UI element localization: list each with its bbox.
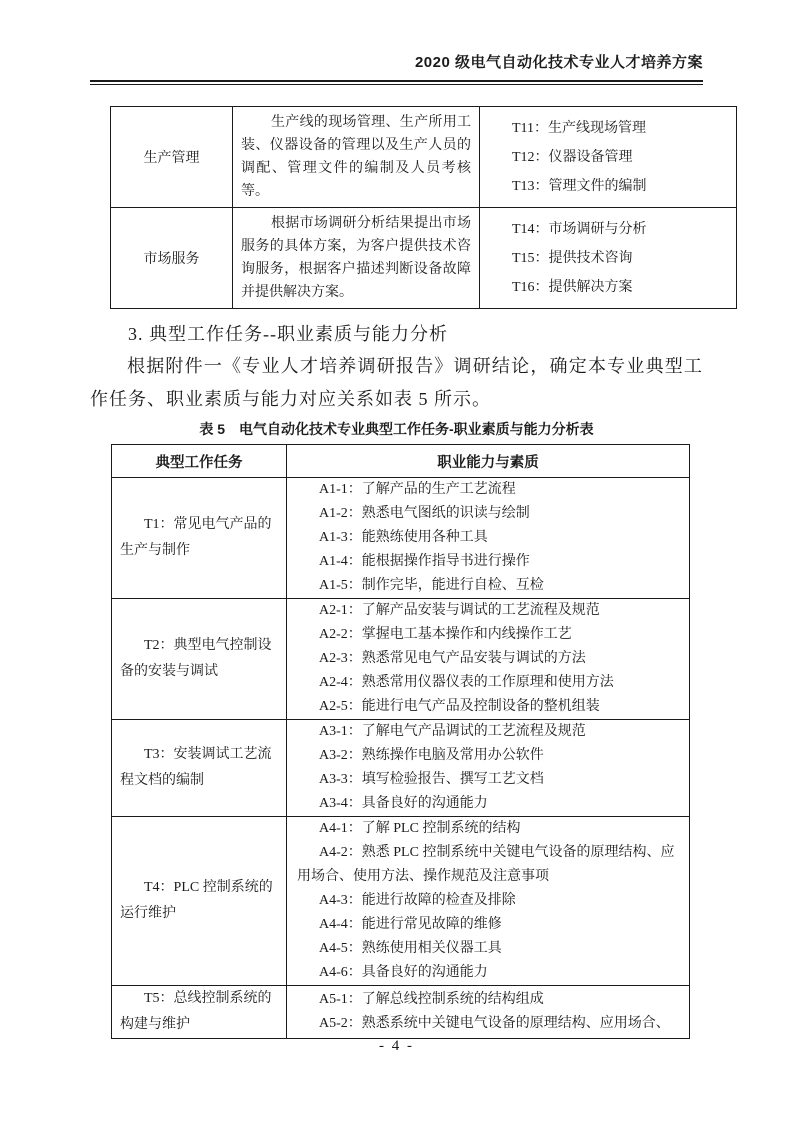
table5-caption: 表 5 电气自动化技术专业典型工作任务-职业素质与能力分析表 — [90, 419, 703, 439]
column-header-ability: 职业能力与素质 — [287, 445, 690, 478]
column-header-task: 典型工作任务 — [112, 445, 287, 478]
table-row: T5：总线控制系统的构建与维护 A5-1：了解总线控制系统的结构组成 A5-2：… — [112, 986, 690, 1039]
category-cell: 生产管理 — [111, 107, 233, 208]
ability-item: A1-3：能熟练使用各种工具 — [297, 526, 681, 550]
header-double-rule — [90, 80, 703, 85]
ability-item: A2-2：掌握电工基本操作和内线操作工艺 — [297, 623, 681, 647]
task-cell: T4：PLC 控制系统的运行维护 — [112, 817, 287, 986]
section-heading: 3. 典型工作任务--职业素质与能力分析 — [90, 318, 703, 350]
task-cell: T2：典型电气控制设备的安装与调试 — [112, 599, 287, 720]
task-code: T15：提供技术咨询 — [512, 244, 735, 273]
ability-item: A4-2：熟悉 PLC 控制系统中关键电气设备的原理结构、应用场合、使用方法、操… — [297, 841, 681, 889]
task-code: T12：仪器设备管理 — [512, 143, 735, 172]
table5-header-row: 典型工作任务 职业能力与素质 — [112, 445, 690, 478]
ability-item: A3-2：熟练操作电脑及常用办公软件 — [297, 744, 681, 768]
table-row: T3：安装调试工艺流程文档的编制 A3-1：了解电气产品调试的工艺流程及规范 A… — [112, 720, 690, 817]
task-cell: T1：常见电气产品的生产与制作 — [112, 478, 287, 599]
category-cell: 市场服务 — [111, 208, 233, 309]
ability-item: A2-1：了解产品安装与调试的工艺流程及规范 — [297, 599, 681, 623]
ability-item: A1-1：了解产品的生产工艺流程 — [297, 478, 681, 502]
task-codes-cell: T11：生产线现场管理 T12：仪器设备管理 T13：管理文件的编制 — [480, 107, 737, 208]
task-code: T13：管理文件的编制 — [512, 172, 735, 201]
ability-item: A1-4：能根据操作指导书进行操作 — [297, 550, 681, 574]
task-codes-cell: T14：市场调研与分析 T15：提供技术咨询 T16：提供解决方案 — [480, 208, 737, 309]
page-content: 2020 级电气自动化技术专业人才培养方案 生产管理 生产线的现场管理、生产所用… — [90, 0, 703, 1039]
ability-item: A5-1：了解总线控制系统的结构组成 — [297, 988, 681, 1012]
ability-item: A3-1：了解电气产品调试的工艺流程及规范 — [297, 720, 681, 744]
abilities-cell: A4-1：了解 PLC 控制系统的结构 A4-2：熟悉 PLC 控制系统中关键电… — [287, 817, 690, 986]
section-paragraph: 根据附件一《专业人才培养调研报告》调研结论，确定本专业典型工作任务、职业素质与能… — [90, 350, 703, 416]
page-number: - 4 - — [0, 1038, 793, 1055]
ability-item: A5-2：熟悉系统中关键电气设备的原理结构、应用场合、 — [297, 1012, 681, 1036]
description-cell: 根据市场调研分析结果提出市场服务的具体方案，为客户提供技术咨询服务，根据客户描述… — [233, 208, 480, 309]
abilities-cell: A3-1：了解电气产品调试的工艺流程及规范 A3-2：熟练操作电脑及常用办公软件… — [287, 720, 690, 817]
task-cell: T5：总线控制系统的构建与维护 — [112, 986, 287, 1039]
ability-item: A1-2：熟悉电气图纸的识读与绘制 — [297, 502, 681, 526]
table-row: 市场服务 根据市场调研分析结果提出市场服务的具体方案，为客户提供技术咨询服务，根… — [111, 208, 737, 309]
table-row: 生产管理 生产线的现场管理、生产所用工装、仪器设备的管理以及生产人员的调配、管理… — [111, 107, 737, 208]
task-code: T14：市场调研与分析 — [512, 215, 735, 244]
ability-item: A3-4：具备良好的沟通能力 — [297, 792, 681, 816]
task-code: T11：生产线现场管理 — [512, 114, 735, 143]
ability-item: A2-4：熟悉常用仪器仪表的工作原理和使用方法 — [297, 671, 681, 695]
task-code: T16：提供解决方案 — [512, 273, 735, 302]
abilities-cell: A1-1：了解产品的生产工艺流程 A1-2：熟悉电气图纸的识读与绘制 A1-3：… — [287, 478, 690, 599]
ability-item: A4-5：熟练使用相关仪器工具 — [297, 937, 681, 961]
page-header-title: 2020 级电气自动化技术专业人才培养方案 — [90, 0, 703, 73]
continued-task-table: 生产管理 生产线的现场管理、生产所用工装、仪器设备的管理以及生产人员的调配、管理… — [110, 106, 737, 309]
description-cell: 生产线的现场管理、生产所用工装、仪器设备的管理以及生产人员的调配、管理文件的编制… — [233, 107, 480, 208]
table5-task-ability-table: 典型工作任务 职业能力与素质 T1：常见电气产品的生产与制作 A1-1：了解产品… — [111, 444, 690, 1039]
table-row: T1：常见电气产品的生产与制作 A1-1：了解产品的生产工艺流程 A1-2：熟悉… — [112, 478, 690, 599]
ability-item: A4-6：具备良好的沟通能力 — [297, 961, 681, 985]
ability-item: A3-3：填写检验报告、撰写工艺文档 — [297, 768, 681, 792]
task-cell: T3：安装调试工艺流程文档的编制 — [112, 720, 287, 817]
ability-item: A4-1：了解 PLC 控制系统的结构 — [297, 817, 681, 841]
table-row: T4：PLC 控制系统的运行维护 A4-1：了解 PLC 控制系统的结构 A4-… — [112, 817, 690, 986]
ability-item: A2-5：能进行电气产品及控制设备的整机组装 — [297, 695, 681, 719]
document-page: 2020 级电气自动化技术专业人才培养方案 生产管理 生产线的现场管理、生产所用… — [0, 0, 793, 1122]
ability-item: A2-3：熟悉常见电气产品安装与调试的方法 — [297, 647, 681, 671]
table-row: T2：典型电气控制设备的安装与调试 A2-1：了解产品安装与调试的工艺流程及规范… — [112, 599, 690, 720]
ability-item: A1-5：制作完毕，能进行自检、互检 — [297, 574, 681, 598]
abilities-cell: A2-1：了解产品安装与调试的工艺流程及规范 A2-2：掌握电工基本操作和内线操… — [287, 599, 690, 720]
ability-item: A4-4：能进行常见故障的维修 — [297, 913, 681, 937]
ability-item: A4-3：能进行故障的检查及排除 — [297, 889, 681, 913]
abilities-cell: A5-1：了解总线控制系统的结构组成 A5-2：熟悉系统中关键电气设备的原理结构… — [287, 986, 690, 1039]
